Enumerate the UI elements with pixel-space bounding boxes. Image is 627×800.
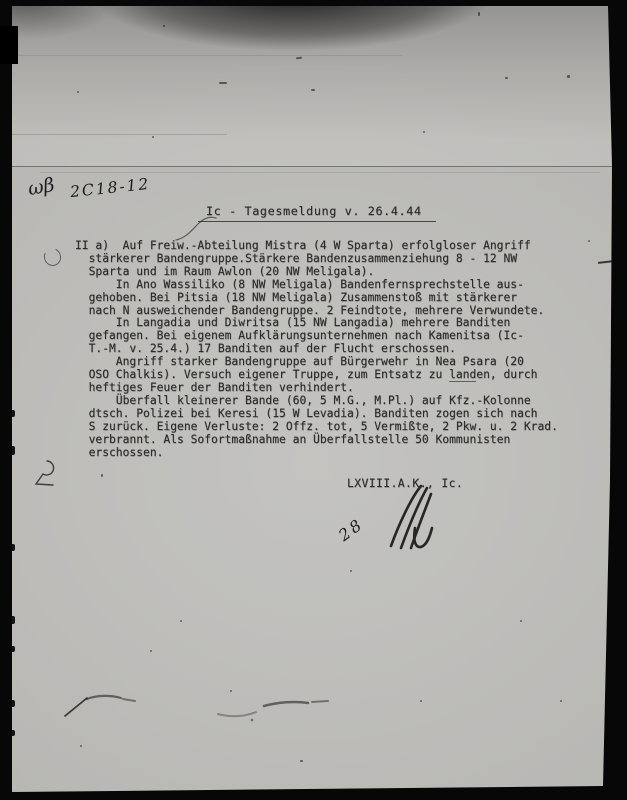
handwritten-reference-number: 2C18-12 [69, 175, 151, 201]
dust-speck [420, 700, 422, 702]
scan-frame: ωβ 2C18-12 Ic - Tagesmeldung v. 26.4.44 … [0, 0, 627, 800]
scan-artifact [11, 446, 15, 455]
pencil-smudge [212, 698, 342, 726]
scan-artifact [11, 410, 15, 417]
handwritten-initials: ωβ [26, 174, 56, 200]
word-underline-mark [449, 381, 476, 382]
dust-speck [588, 240, 590, 242]
scan-border-block [0, 26, 18, 64]
fold-line [13, 55, 403, 56]
dust-speck [350, 570, 352, 572]
scan-artifact [11, 646, 15, 652]
signature-scribble [381, 484, 441, 554]
dust-speck [311, 89, 315, 91]
fold-line [12, 134, 227, 135]
scan-artifact [11, 616, 15, 624]
dust-speck [77, 91, 79, 93]
dust-speck [180, 620, 182, 622]
dust-speck [423, 131, 425, 133]
handwritten-archive-reference: ωβ 2C18-12 [28, 176, 150, 198]
pencil-check-mark [63, 692, 143, 720]
dust-speck [520, 620, 522, 622]
dust-speck [80, 745, 82, 747]
dust-speck [152, 136, 154, 138]
dust-speck [478, 12, 480, 16]
dust-speck [300, 760, 303, 762]
scan-artifact [11, 544, 15, 551]
pencil-check-mark [174, 214, 218, 242]
dust-speck [163, 25, 165, 27]
dust-speck [567, 75, 570, 78]
pencil-loop-mark [33, 458, 59, 490]
dust-speck [505, 77, 508, 79]
report-title: Ic - Tagesmeldung v. 26.4.44 [198, 204, 436, 222]
dust-speck [150, 650, 152, 652]
dust-speck [560, 700, 562, 702]
dust-speck [296, 57, 302, 60]
scan-artifact [11, 730, 15, 736]
dust-speck [230, 690, 232, 692]
report-body-text: II a) Auf Freiw.-Abteilung Mistra (4 W S… [75, 240, 558, 459]
dust-speck [219, 82, 227, 84]
scan-artifact [11, 700, 15, 707]
dust-speck [101, 474, 103, 477]
scanned-document-page: ωβ 2C18-12 Ic - Tagesmeldung v. 26.4.44 … [12, 6, 615, 796]
